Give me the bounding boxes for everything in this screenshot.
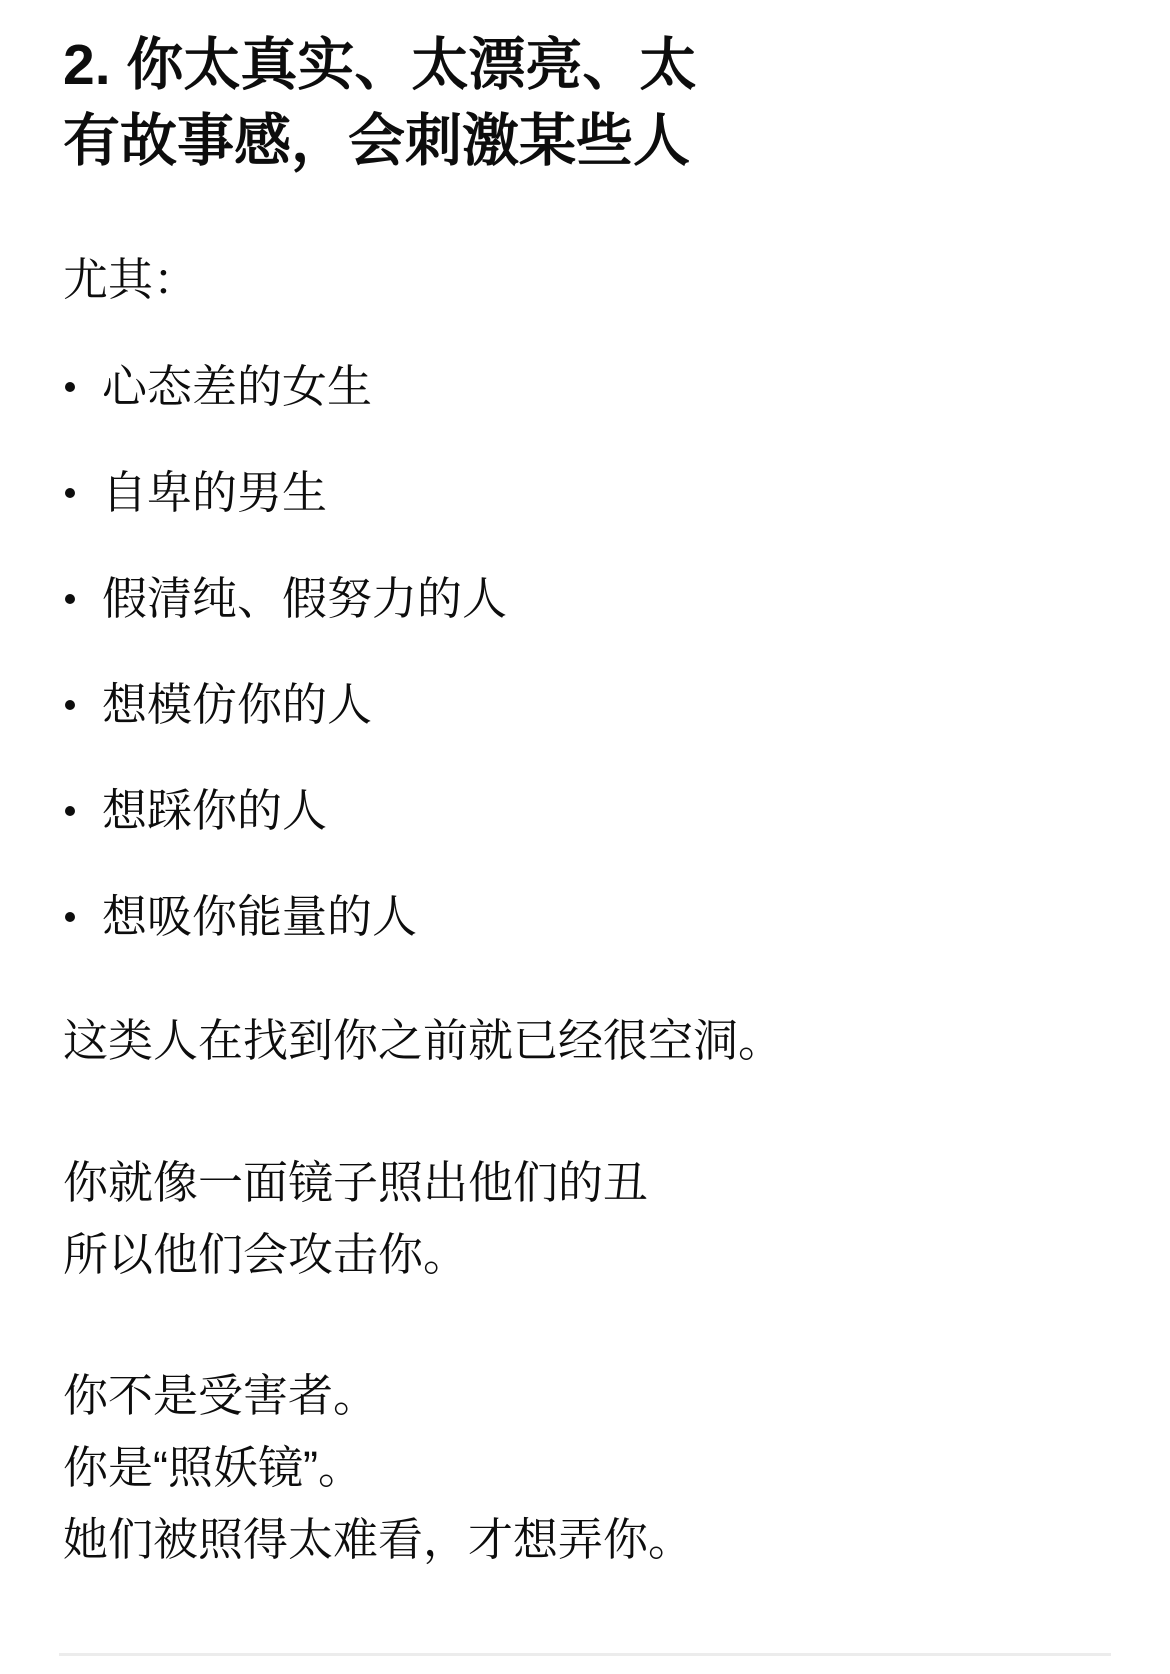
paragraph-mirror-line-1: 你就像一面镜子照出他们的丑: [63, 1147, 1111, 1219]
paragraph-not-victim-line-1: 你不是受害者。: [63, 1360, 1111, 1432]
section-divider: [59, 1653, 1111, 1656]
paragraph-mirror-line-2: 所以他们会攻击你。: [63, 1219, 1111, 1291]
document-page: 2. 你太真实、太漂亮、太 有故事感，会刺激某些人 尤其： 心态差的女生 自卑的…: [0, 0, 1170, 1674]
paragraph-not-victim-line-2: 你是“照妖镜”。: [63, 1432, 1111, 1504]
section-heading: 2. 你太真实、太漂亮、太 有故事感，会刺激某些人: [63, 27, 1111, 179]
list-item: 自卑的男生: [63, 457, 1111, 529]
heading-line-1: 2. 你太真实、太漂亮、太: [63, 27, 1111, 103]
paragraph-not-victim: 你不是受害者。 你是“照妖镜”。 她们被照得太难看，才想弄你。: [63, 1360, 1111, 1576]
intro-paragraph: 尤其：: [63, 244, 1111, 316]
list-item-label: 想踩你的人: [102, 775, 327, 847]
bullet-dot-icon: [65, 594, 75, 604]
bullet-dot-icon: [65, 806, 75, 816]
list-item-label: 自卑的男生: [102, 457, 327, 529]
list-item-label: 想模仿你的人: [102, 669, 372, 741]
heading-line-2: 有故事感，会刺激某些人: [63, 103, 1111, 179]
list-item: 想模仿你的人: [63, 669, 1111, 741]
list-item: 想吸你能量的人: [63, 881, 1111, 953]
bullet-dot-icon: [65, 382, 75, 392]
paragraph-mirror: 你就像一面镜子照出他们的丑 所以他们会攻击你。: [63, 1147, 1111, 1291]
list-item: 心态差的女生: [63, 351, 1111, 423]
list-item-label: 心态差的女生: [102, 351, 372, 423]
paragraph-not-victim-line-3: 她们被照得太难看，才想弄你。: [63, 1504, 1111, 1576]
list-item: 想踩你的人: [63, 775, 1111, 847]
list-item-label: 假清纯、假努力的人: [102, 563, 507, 635]
paragraph-empty-before: 这类人在找到你之前就已经很空洞。: [63, 1005, 1111, 1077]
people-list: 心态差的女生 自卑的男生 假清纯、假努力的人 想模仿你的人 想踩你的人 想吸你能…: [63, 351, 1111, 953]
list-item-label: 想吸你能量的人: [102, 881, 417, 953]
bullet-dot-icon: [65, 488, 75, 498]
bullet-dot-icon: [65, 912, 75, 922]
list-item: 假清纯、假努力的人: [63, 563, 1111, 635]
bullet-dot-icon: [65, 700, 75, 710]
